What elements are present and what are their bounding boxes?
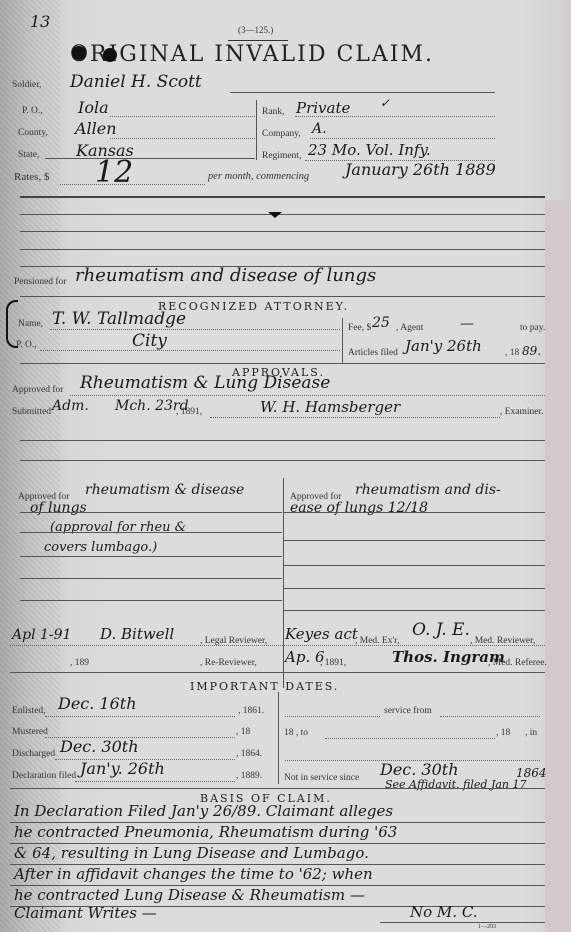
rule — [45, 158, 255, 159]
legal-reviewer-name: D. Bitwell — [100, 625, 174, 643]
agent-label: , Agent — [396, 323, 423, 333]
column-divider — [283, 478, 284, 688]
left-note-2: covers lumbago.) — [44, 540, 157, 555]
soldier-name: Daniel H. Scott — [70, 72, 202, 92]
column-divider — [256, 100, 257, 160]
rule — [440, 716, 540, 717]
column-divider — [342, 318, 343, 363]
rule — [10, 788, 545, 789]
ink-blot-icon — [103, 48, 117, 62]
rule — [20, 532, 282, 533]
rereview-year: , 1891, — [320, 658, 346, 668]
form-number-rule — [228, 40, 288, 41]
in-label: , in — [525, 728, 537, 738]
basis-line-3: & 64, resulting in Lung Disease and Lumb… — [14, 844, 369, 862]
left-approved-value-2: of lungs — [30, 500, 87, 516]
rule — [310, 138, 495, 139]
basis-signoff: No M. C. — [410, 903, 478, 921]
discharged-date: Dec. 30th — [60, 737, 139, 756]
ink-blot-icon — [72, 46, 86, 60]
legal-review-date: Apl 1-91 — [12, 627, 71, 643]
column-divider — [278, 692, 279, 784]
soldier-regiment: 23 Mo. Vol. Infy. — [308, 141, 431, 159]
po-label: P. O., — [22, 106, 43, 116]
regiment-label: Regiment, — [262, 151, 301, 161]
rereview-year-prefix: , 189 — [70, 658, 89, 668]
articles-year: 89. — [522, 344, 541, 358]
submitted-year: , 1891, — [176, 407, 202, 417]
scan-right-edge — [545, 200, 571, 932]
form-title: ORIGINAL INVALID CLAIM. — [70, 42, 434, 67]
approved-for-value: Rheumatism & Lung Disease — [80, 373, 330, 393]
document-page: 13 (3—125.) ORIGINAL INVALID CLAIM. Sold… — [0, 0, 571, 932]
rule — [70, 395, 545, 396]
enlisted-date: Dec. 16th — [58, 694, 137, 713]
submitted-label: Submitted — [12, 407, 51, 417]
articles-year-prefix: , 18 — [505, 348, 519, 358]
check-mark-icon: ✓ — [380, 96, 390, 110]
rereview-date: Ap. 6 — [285, 648, 325, 666]
rule — [20, 440, 545, 441]
agent-value: — — [460, 316, 474, 332]
submitted-value: Adm. — [52, 398, 89, 414]
rule — [110, 138, 255, 139]
section-rule — [20, 196, 545, 198]
rule — [285, 716, 380, 717]
to-label: 18 , to — [284, 728, 308, 738]
not-in-service-label: Not in service since — [284, 773, 359, 783]
right-approved-value-1: rheumatism and dis- — [355, 482, 501, 498]
soldier-company: A. — [312, 121, 327, 137]
rule — [284, 610, 545, 611]
county-label: County, — [18, 128, 48, 138]
rule — [20, 363, 545, 364]
rule — [284, 588, 545, 589]
declaration-label: Declaration filed — [12, 771, 76, 781]
discharged-year: , 1864. — [236, 749, 262, 759]
rule — [380, 922, 545, 923]
rule — [295, 116, 495, 117]
rule — [284, 512, 545, 513]
company-label: Company, — [262, 129, 301, 139]
attorney-name: T. W. Tallmadge — [52, 309, 186, 329]
basis-line-5: he contracted Lung Disease & Rheumatism … — [14, 886, 365, 904]
fee-label: Fee, $ — [348, 323, 371, 333]
rule — [50, 329, 340, 330]
rule — [20, 460, 545, 461]
attorney-heading: RECOGNIZED ATTORNEY. — [158, 300, 349, 313]
enlisted-label: Enlisted, — [12, 706, 46, 716]
pensioned-for-value: rheumatism and disease of lungs — [75, 265, 376, 286]
attorney-po: City — [132, 331, 167, 351]
form-number: (3—125.) — [238, 25, 273, 35]
basis-line-2: he contracted Pneumonia, Rheumatism duri… — [14, 823, 397, 841]
rule — [10, 672, 545, 673]
margin-mark: 13 — [30, 12, 50, 31]
rule — [20, 296, 545, 297]
mustered-label: Mustered — [12, 727, 48, 737]
rank-label: Rank, — [262, 107, 284, 117]
fee-value: 25 — [372, 315, 390, 331]
med-referee-label: , Med. Referee. — [488, 658, 547, 668]
rereviewer-label: , Re-Reviewer, — [200, 658, 257, 668]
soldier-county: Allen — [75, 119, 117, 138]
footer-code: 1—203 — [478, 924, 496, 930]
dates-heading: IMPORTANT DATES. — [190, 680, 339, 693]
not-in-service-date: Dec. 30th — [380, 760, 459, 779]
per-month-label: per month, commencing — [208, 171, 309, 182]
rule — [20, 249, 545, 250]
rule — [284, 540, 545, 541]
scan-edge-noise — [0, 0, 60, 932]
enlisted-year: , 1861. — [238, 706, 264, 716]
basis-line-1: In Declaration Filed Jan'y 26/89. Claima… — [14, 802, 393, 820]
approved-for-label: Approved for — [12, 385, 63, 395]
to-year: , 18 — [496, 728, 510, 738]
rule — [75, 781, 235, 782]
mustered-year: , 18 — [236, 727, 250, 737]
affidavit-note: See Affidavit. filed Jan 17 — [385, 778, 527, 791]
examiner-label: , Examiner. — [500, 407, 544, 417]
rule — [60, 184, 205, 185]
ornament-triangle-icon — [268, 212, 282, 218]
soldier-label: Soldier, — [12, 80, 41, 90]
rule — [230, 92, 495, 93]
rule — [325, 738, 495, 739]
pensioned-for-label: Pensioned for — [14, 277, 67, 287]
margin-bracket-mark — [6, 300, 18, 348]
attorney-name-label: Name, — [18, 319, 43, 329]
declaration-year: , 1889. — [236, 771, 262, 781]
rule — [110, 116, 255, 117]
left-approved-value-1: rheumatism & disease — [85, 482, 244, 498]
soldier-po: Iola — [78, 98, 109, 117]
rule — [20, 578, 282, 579]
right-approved-value-2: ease of lungs 12/18 — [290, 500, 428, 516]
med-reviewer-initials: O. J. E. — [412, 620, 470, 640]
articles-filed-label: Articles filed — [348, 348, 398, 358]
articles-filed-date: Jan'y 26th — [405, 337, 482, 355]
rule — [20, 214, 545, 215]
service-from-label: service from — [384, 706, 432, 716]
to-pay-label: to pay. — [520, 323, 545, 333]
discharged-label: Discharged — [12, 749, 55, 759]
basis-line-4: After in affidavit changes the time to '… — [14, 865, 373, 883]
attorney-po-label: P. O., — [16, 340, 37, 350]
rule — [210, 417, 500, 418]
rule — [20, 600, 282, 601]
basis-line-6: Claimant Writes — — [14, 904, 157, 922]
rule — [20, 512, 282, 513]
rule — [10, 645, 545, 646]
rule — [40, 350, 340, 351]
commencing-date: January 26th 1889 — [345, 160, 496, 179]
med-examiner-name: Keyes act — [285, 625, 358, 643]
examiner-name: W. H. Hamsberger — [260, 398, 400, 416]
declaration-date: Jan'y. 26th — [80, 759, 165, 778]
rule — [284, 565, 545, 566]
rule — [20, 231, 545, 232]
rule — [20, 556, 282, 557]
state-label: State, — [18, 150, 39, 160]
rates-label: Rates, $ — [14, 171, 49, 183]
rule — [45, 716, 235, 717]
soldier-rank: Private — [296, 99, 350, 117]
